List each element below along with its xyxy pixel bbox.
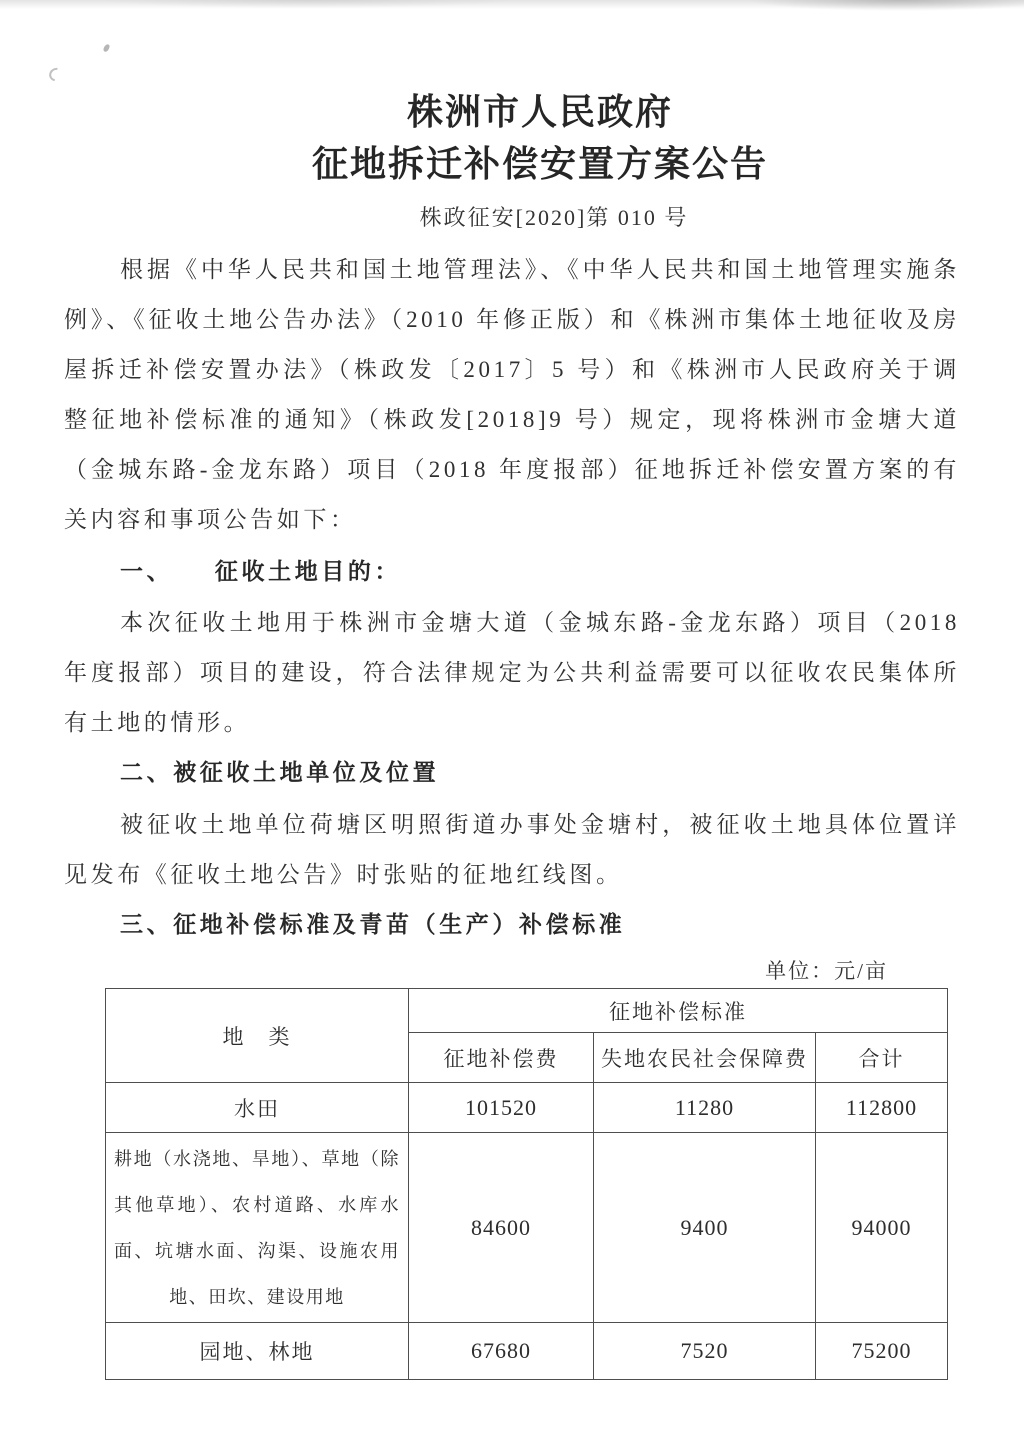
cell-land-type: 园地、林地	[106, 1323, 409, 1380]
table-header-social-security-fee: 失地农民社会保障费	[594, 1033, 816, 1083]
table-header-land-type: 地 类	[106, 989, 409, 1083]
compensation-standards-table: 地 类 征地补偿标准 征地补偿费 失地农民社会保障费 合计 水田 101520 …	[105, 988, 948, 1380]
cell-compensation-fee: 101520	[409, 1083, 594, 1133]
paragraph-location: 被征收土地单位荷塘区明照街道办事处金塘村，被征收土地具体位置详见发布《征收土地公…	[64, 800, 960, 900]
paragraph-legal-basis: 根据《中华人民共和国土地管理法》、《中华人民共和国土地管理实施条例》、《征收土地…	[64, 245, 960, 545]
scanned-document-page: 株洲市人民政府 征地拆迁补偿安置方案公告 株政征安[2020]第 010 号 根…	[0, 0, 1024, 1440]
cell-land-type: 耕地（水浇地、旱地）、草地（除其他草地）、农村道路、水库水面、坑塘水面、沟渠、设…	[106, 1133, 409, 1323]
table-row-garden-forest-land: 园地、林地 67680 7520 75200	[106, 1323, 948, 1380]
cell-land-type: 水田	[106, 1083, 409, 1133]
document-number: 株政征安[2020]第 010 号	[148, 200, 960, 236]
document-title-line-2: 征地拆迁补偿安置方案公告	[120, 138, 960, 190]
cell-compensation-fee: 84600	[409, 1133, 594, 1323]
cell-total: 94000	[816, 1133, 948, 1323]
table-unit-label: 单位：元/亩	[64, 956, 960, 986]
table-header-total: 合计	[816, 1033, 948, 1083]
table-header-row-group: 地 类 征地补偿标准	[106, 989, 948, 1033]
cell-social-security-fee: 7520	[594, 1323, 816, 1380]
document-title-line-1: 株洲市人民政府	[120, 86, 960, 138]
table-header-standard-group: 征地补偿标准	[409, 989, 948, 1033]
cell-social-security-fee: 9400	[594, 1133, 816, 1323]
section-heading-3: 三、征地补偿标准及青苗（生产）补偿标准	[64, 900, 960, 950]
table-header-compensation-fee: 征地补偿费	[409, 1033, 594, 1083]
table-row-cultivated-land: 耕地（水浇地、旱地）、草地（除其他草地）、农村道路、水库水面、坑塘水面、沟渠、设…	[106, 1133, 948, 1323]
paragraph-purpose: 本次征收土地用于株洲市金塘大道（金城东路-金龙东路）项目（2018 年度报部）项…	[64, 598, 960, 748]
section-heading-1: 一、 征收土地目的：	[64, 547, 960, 597]
cell-total: 112800	[816, 1083, 948, 1133]
section-heading-2: 二、被征收土地单位及位置	[64, 748, 960, 798]
table-row-paddy-field: 水田 101520 11280 112800	[106, 1083, 948, 1133]
cell-total: 75200	[816, 1323, 948, 1380]
cell-social-security-fee: 11280	[594, 1083, 816, 1133]
cell-compensation-fee: 67680	[409, 1323, 594, 1380]
document-content: 株洲市人民政府 征地拆迁补偿安置方案公告 株政征安[2020]第 010 号 根…	[0, 0, 1024, 1380]
